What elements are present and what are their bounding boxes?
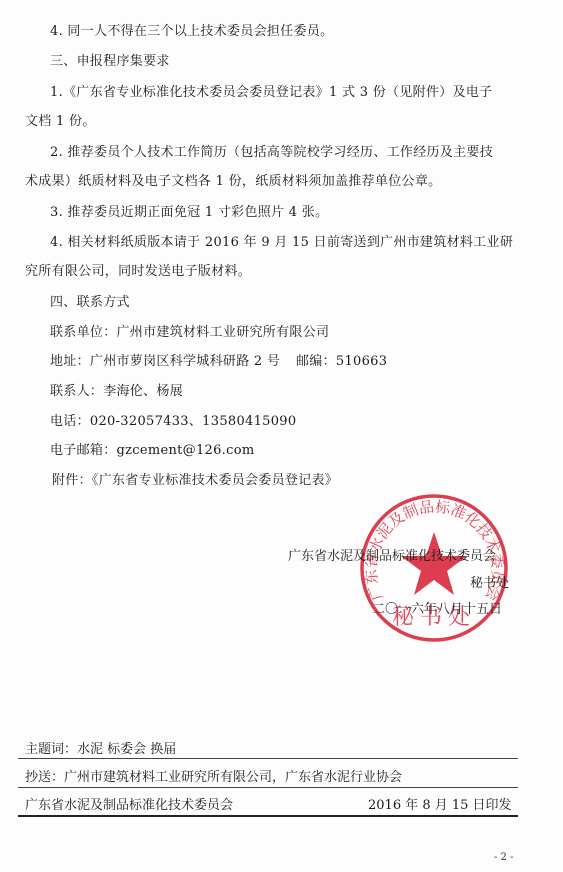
req-item-1-line1: 1.《广东省专业标准化技术委员会委员登记表》1 式 3 份（见附件）及电子 [50, 81, 492, 100]
official-seal-icon: 广东省水泥及制品标准化技术委员会 秘书处 [358, 492, 510, 644]
issuer: 广东省水泥及制品标准化技术委员会 [25, 794, 233, 813]
req-item-4-line1: 4. 相关材料纸质版本请于 2016 年 9 月 15 日前寄送到广州市建筑材料… [50, 231, 513, 250]
req-item-4-line2: 究所有限公司，同时发送电子版材料。 [25, 260, 251, 279]
req-item-2-line1: 2. 推荐委员个人技术工作简历（包括高等院校学习经历、工作经历及主要技 [50, 141, 493, 160]
attachment-note: 附件：《广东省专业标准技术委员会委员登记表》 [52, 469, 338, 488]
phone: 电话：020-32057433、13580415090 [50, 410, 296, 429]
keywords: 主题词：水泥 标委会 换届 [25, 738, 176, 757]
divider-line [18, 758, 518, 759]
signature-dept: 秘书处 [470, 572, 509, 591]
contact-person: 联系人：李海伦、杨展 [50, 380, 183, 399]
signature-org: 广东省水泥及制品标准化技术委员会 [288, 545, 496, 564]
email: 电子邮箱：gzcement@126.com [50, 439, 254, 458]
contact-unit: 联系单位：广州市建筑材料工业研究所有限公司 [50, 321, 329, 340]
req-item-1-line2: 文档 1 份。 [25, 110, 96, 129]
divider-line [18, 787, 518, 788]
page-number: - 2 - [494, 852, 513, 863]
cc-list: 抄送：广州市建筑材料工业研究所有限公司，广东省水泥行业协会 [25, 766, 402, 785]
section-4-heading: 四、联系方式 [50, 291, 130, 310]
divider-line [18, 815, 518, 817]
section-3-heading: 三、申报程序集要求 [50, 50, 170, 69]
signature-date: 二〇一六年八月十五日 [372, 598, 502, 617]
address: 地址：广州市萝岗区科学城科研路 2 号 [50, 350, 280, 369]
rule-item-4: 4. 同一人不得在三个以上技术委员会担任委员。 [50, 20, 333, 39]
issue-date: 2016 年 8 月 15 日印发 [368, 794, 512, 813]
req-item-2-line2: 术成果）纸质材料及电子文档各 1 份，纸质材料须加盖推荐单位公章。 [25, 170, 441, 189]
req-item-3: 3. 推荐委员近期正面免冠 1 寸彩色照片 4 张。 [50, 201, 328, 220]
postcode: 邮编：510663 [296, 350, 387, 369]
